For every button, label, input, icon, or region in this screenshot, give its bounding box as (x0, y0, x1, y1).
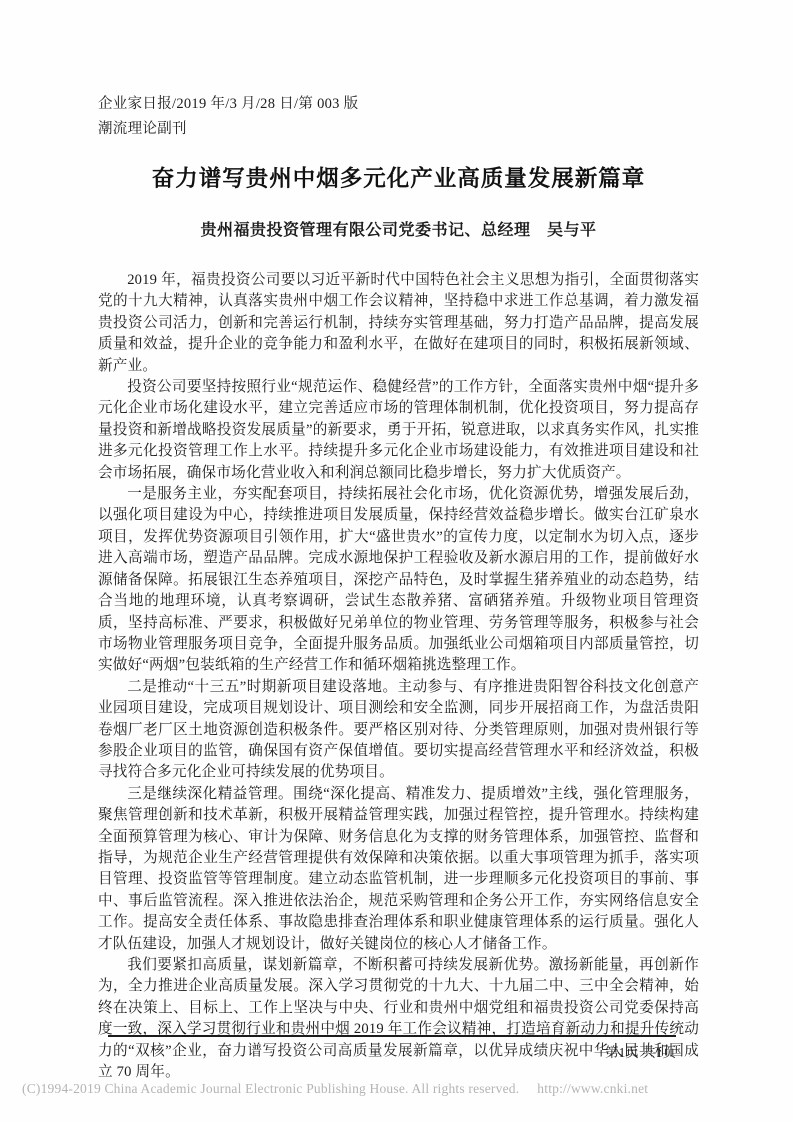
body-paragraph-4: 二是推动“十三五”时期新项目建设落地。主动参与、有序推进贵阳智谷科技文化创意产业… (98, 677, 699, 784)
cnki-url-text: http://www.cnki.net (537, 1081, 648, 1096)
publication-source-line: 企业家日报/2019 年/3 月/28 日/第 003 版 (98, 92, 699, 117)
copyright-text: (C)1994-2019 China Academic Journal Elec… (22, 1081, 519, 1096)
article-title: 奋力谱写贵州中烟多元化产业高质量发展新篇章 (98, 164, 699, 194)
page-number-indicator: 第1页 共1页 (605, 1045, 676, 1060)
body-paragraph-2: 投资公司要坚持按照行业“规范运作、稳健经营”的工作方针，全面落实贵州中烟“提升多… (98, 377, 699, 484)
content-column: 企业家日报/2019 年/3 月/28 日/第 003 版 潮流理论副刊 奋力谱… (98, 92, 699, 1083)
document-page: 企业家日报/2019 年/3 月/28 日/第 003 版 潮流理论副刊 奋力谱… (0, 0, 793, 1122)
body-paragraph-3: 一是服务主业，夯实配套项目，持续拓展社会化市场，优化资源优势，增强发展后劲，以强… (98, 484, 699, 677)
body-paragraph-6: 我们要紧扣高质量，谋划新篇章，不断积蓄可持续发展新优势。激扬新能量，再创新作为，… (98, 955, 699, 1083)
page-footer: 第1页 共1页 (108, 1035, 676, 1061)
copyright-line: (C)1994-2019 China Academic Journal Elec… (22, 1081, 772, 1097)
body-paragraph-5: 三是继续深化精益管理。围绕“深化提高、精准发力、提质增效”主线，强化管理服务，聚… (98, 784, 699, 955)
body-paragraph-1: 2019 年，福贵投资公司要以习近平新时代中国特色社会主义思想为指引，全面贯彻落… (98, 270, 699, 377)
publication-section-line: 潮流理论副刊 (98, 117, 699, 142)
article-body: 2019 年，福贵投资公司要以习近平新时代中国特色社会主义思想为指引，全面贯彻落… (98, 270, 699, 1083)
article-byline: 贵州福贵投资管理有限公司党委书记、总经理 吴与平 (98, 217, 699, 240)
